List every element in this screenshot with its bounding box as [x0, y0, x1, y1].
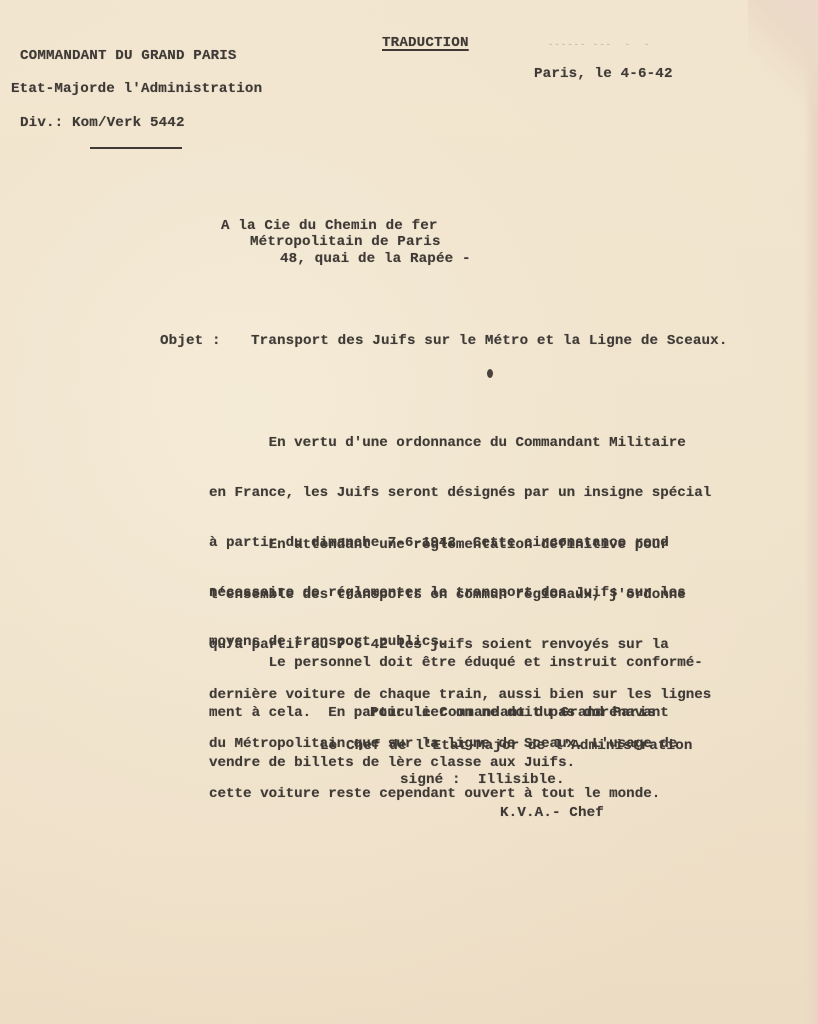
org-department: Etat-Majorde l'Administration — [11, 81, 262, 97]
paragraph-line: vendre de billets de lère classe aux Jui… — [209, 755, 703, 772]
paragraph-line: En attendant une réglementation définiti… — [209, 537, 711, 554]
paragraph-line: Le personnel doit être éduqué et instrui… — [209, 655, 703, 672]
paragraph-line: cette voiture reste cependant ouvert à t… — [209, 786, 711, 803]
signature-line-1: Pour le Commandant du Grand Paris — [370, 705, 656, 721]
subject-text: Transport des Juifs sur le Métro et la L… — [251, 333, 728, 349]
recipient-line-1: A la Cie du Chemin de fer — [221, 218, 438, 234]
faint-marks: ------ --- - - — [548, 40, 650, 50]
ink-blot — [487, 369, 493, 378]
document-label: TRADUCTION — [382, 35, 469, 51]
signature-line-4: K.V.A.- Chef — [500, 805, 604, 821]
paper-corner-fold — [748, 0, 818, 110]
signature-line-3: signé : Illisible. — [400, 772, 565, 788]
subject-label: Objet : — [160, 333, 221, 349]
header-rule — [90, 147, 182, 149]
place-date: Paris, le 4-6-42 — [534, 66, 673, 82]
paragraph-line: en France, les Juifs seront désignés par… — [209, 485, 711, 502]
paragraph-line: En vertu d'une ordonnance du Commandant … — [209, 435, 711, 452]
recipient-line-3: 48, quai de la Rapée - — [280, 251, 471, 267]
paper-edge — [804, 0, 818, 1024]
signature-line-2: Le Chef de l'Etat-Major de l'Administrat… — [320, 738, 693, 754]
recipient-line-2: Métropolitain de Paris — [250, 234, 441, 250]
reference-number: Div.: Kom/Verk 5442 — [20, 115, 185, 131]
org-name: COMMANDANT DU GRAND PARIS — [20, 48, 237, 64]
paragraph-line: l'ensemble des transports en commun régi… — [209, 587, 711, 604]
